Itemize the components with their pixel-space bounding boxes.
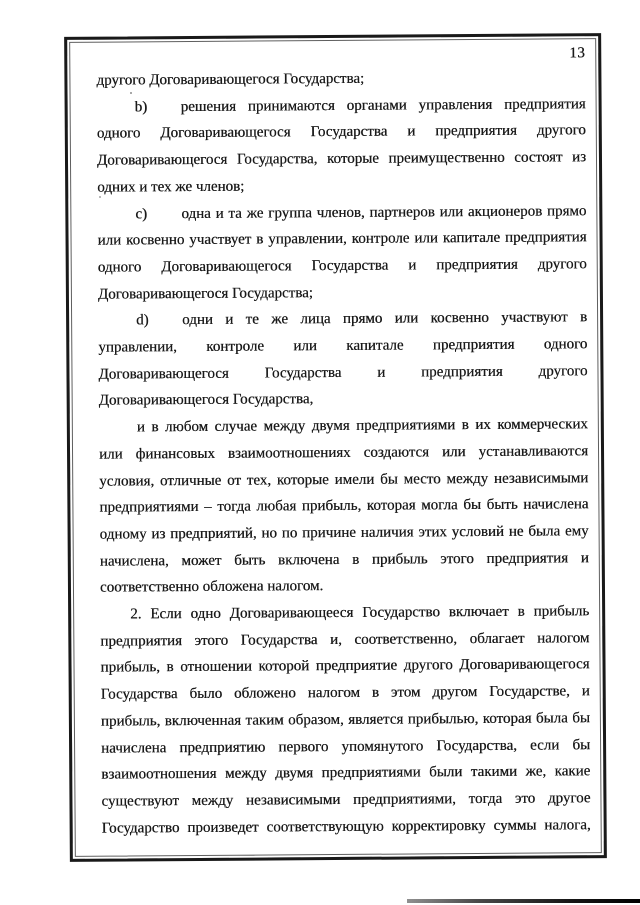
text-line: начислена, может быть включена в прибыль… <box>100 545 589 575</box>
paragraph-item-b: b)решения принимаются органами управлени… <box>97 91 587 201</box>
page-content: 13 другого Договаривающегося Государства… <box>67 36 604 859</box>
text-line: Договаривающегося Государства, <box>99 385 588 415</box>
paragraph-continuation: другого Договаривающегося Государства; <box>96 64 585 94</box>
document-body: другого Договаривающегося Государства; b… <box>96 64 590 842</box>
text-line: Государства было обложено налогом в этом… <box>101 678 590 708</box>
scan-speckle <box>99 196 101 198</box>
list-label-b: b) <box>135 94 181 121</box>
scan-speckle <box>264 616 266 618</box>
text-line: Договаривающегося Государства; <box>98 278 587 308</box>
text-span: одни и те же лица прямо или косвенно уча… <box>182 310 587 329</box>
text-line: Договаривающегося Государства, которые п… <box>97 144 586 174</box>
text-line: Государство произведет соответствующую к… <box>102 812 591 842</box>
text-line: условия, отличные от тех, которые имели … <box>99 465 588 495</box>
text-line: одному из предприятий, но по причине нал… <box>100 518 589 548</box>
list-label-d: d) <box>136 307 182 334</box>
text-line: одного Договаривающегося Государства и п… <box>97 118 586 148</box>
text-line: или косвенно участвует в управлении, кон… <box>97 224 586 254</box>
text-line: d)одни и те же лица прямо или косвенно у… <box>98 305 587 335</box>
text-line: c)одна и та же группа членов, партнеров … <box>97 198 586 228</box>
text-line: одного Договаривающегося Государства и п… <box>98 251 587 281</box>
text-line: или финансовых взаимоотношениях создаютс… <box>99 438 588 468</box>
scanned-page-frame: 13 другого Договаривающегося Государства… <box>64 33 607 862</box>
text-line: соответственно обложена налогом. <box>100 572 589 602</box>
text-line: предприятия этого Государства и, соответ… <box>100 625 589 655</box>
scan-artifact-line <box>407 899 640 903</box>
text-line: 2. Если одно Договаривающееся Государств… <box>100 598 589 628</box>
scan-speckle <box>130 92 132 94</box>
paragraph-item-c: c)одна и та же группа членов, партнеров … <box>97 198 587 308</box>
text-line: Договаривающегося Государства и предприя… <box>98 358 587 388</box>
text-line: другого Договаривающегося Государства; <box>96 64 585 94</box>
paragraph-2: 2. Если одно Договаривающееся Государств… <box>100 598 591 842</box>
text-line: существуют между независимыми предприяти… <box>101 785 590 815</box>
text-span: решения принимаются органами управления … <box>181 96 586 115</box>
text-line: взаимоотношения между двумя предприятиям… <box>101 759 590 789</box>
text-line: предприятиями – тогда любая прибыль, кот… <box>99 491 588 521</box>
text-line: прибыль, в отношении которой предприятие… <box>100 652 589 682</box>
paragraph-closing-clause: и в любом случае между двумя предприятия… <box>99 411 589 601</box>
paragraph-item-d: d)одни и те же лица прямо или косвенно у… <box>98 305 588 415</box>
list-label-c: c) <box>135 201 181 228</box>
text-line: управлении, контроле или капитале предпр… <box>98 331 587 361</box>
text-line: одних и тех же членов; <box>97 171 586 201</box>
text-span: одна и та же группа членов, партнеров ил… <box>181 203 586 222</box>
text-line: начислена предприятию первого упомянутог… <box>101 732 590 762</box>
text-line: и в любом случае между двумя предприятия… <box>99 411 588 441</box>
text-line: b)решения принимаются органами управлени… <box>97 91 586 121</box>
page-number: 13 <box>96 44 585 65</box>
text-line: прибыль, включенная таким образом, являе… <box>101 705 590 735</box>
